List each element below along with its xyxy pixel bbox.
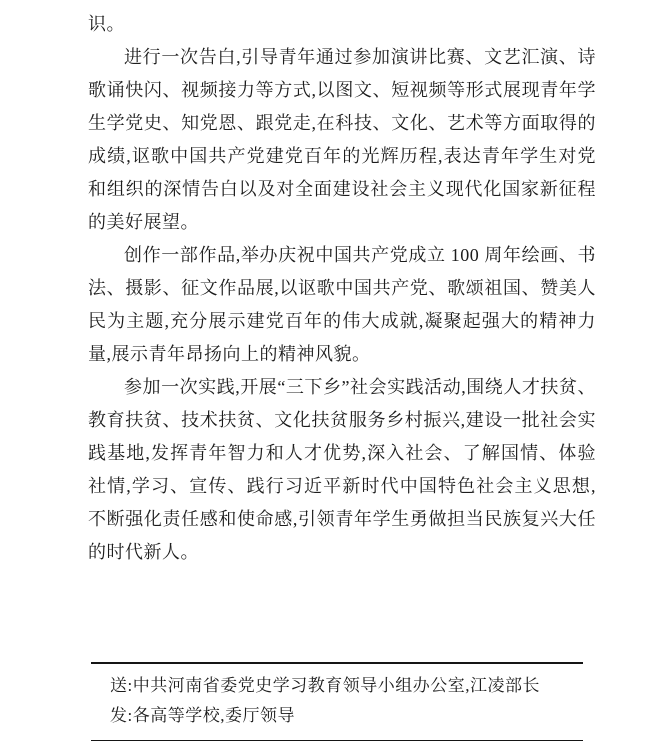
footer-issue-line: 发:各高等学校,委厅领导 bbox=[110, 701, 583, 731]
distribution-footer: 送:中共河南省委党史学习教育领导小组办公室,江凌部长 发:各高等学校,委厅领导 bbox=[91, 662, 583, 741]
body-paragraph-continuation: 识。 bbox=[88, 8, 596, 41]
document-body: 识。 进行一次告白,引导青年通过参加演讲比赛、文艺汇演、诗歌诵快闪、视频接力等方… bbox=[88, 8, 596, 569]
body-paragraph-shijian: 参加一次实践,开展“三下乡”社会实践活动,围绕人才扶贫、教育扶贫、技术扶贫、文化… bbox=[88, 371, 596, 569]
footer-send-line: 送:中共河南省委党史学习教育领导小组办公室,江凌部长 bbox=[110, 671, 583, 701]
document-page: 识。 进行一次告白,引导青年通过参加演讲比赛、文艺汇演、诗歌诵快闪、视频接力等方… bbox=[0, 0, 664, 741]
body-paragraph-gaobai: 进行一次告白,引导青年通过参加演讲比赛、文艺汇演、诗歌诵快闪、视频接力等方式,以… bbox=[88, 41, 596, 239]
body-paragraph-zuopin: 创作一部作品,举办庆祝中国共产党成立 100 周年绘画、书法、摄影、征文作品展,… bbox=[88, 239, 596, 371]
